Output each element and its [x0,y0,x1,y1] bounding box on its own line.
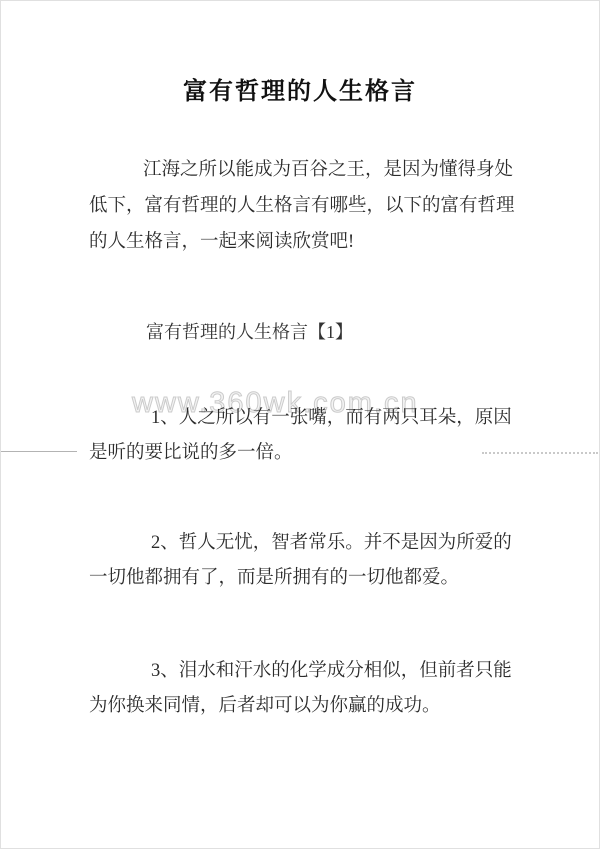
scan-artifact-line-right [482,452,598,454]
intro-paragraph: 江海之所以能成为百谷之王，是因为懂得身处低下，富有哲理的人生格言有哪些，以下的富… [89,152,519,260]
page-title: 富有哲理的人生格言 [1,71,599,106]
scan-artifact-line-left [1,451,77,452]
quote-item-1: 1、人之所以有一张嘴，而有两只耳朵，原因是听的要比说的多一倍。 [89,401,519,471]
section-heading: 富有哲理的人生格言【1】 [89,315,519,350]
quote-item-3: 3、泪水和汗水的化学成分相似，但前者只能为你换来同情，后者却可以为你赢的成功。 [89,654,519,724]
quote-item-2: 2、哲人无忧，智者常乐。并不是因为所爱的一切他都拥有了，而是所拥有的一切他都爱。 [89,526,519,596]
document-page: 富有哲理的人生格言 江海之所以能成为百谷之王，是因为懂得身处低下，富有哲理的人生… [0,0,600,849]
